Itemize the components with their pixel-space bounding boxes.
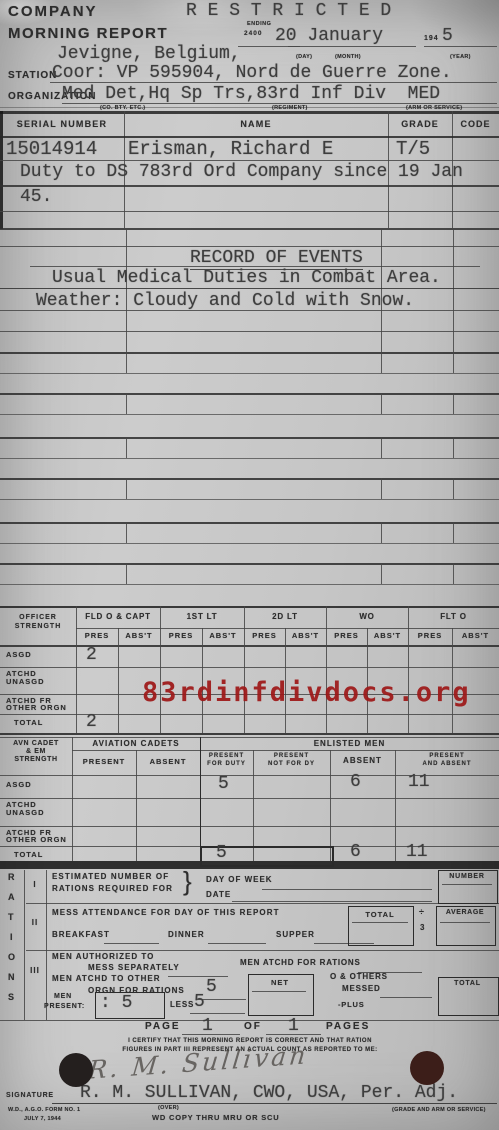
org-sublabel-regiment: (REGIMENT) xyxy=(272,105,308,111)
ending-time-label: 2400 xyxy=(244,30,262,37)
subcol-pres: PRES xyxy=(244,631,285,640)
rule-line xyxy=(453,352,454,373)
record-of-events-line2: Weather: Cloudy and Cold with Snow. xyxy=(36,291,414,311)
signature-typed-name: R. M. SULLIVAN, CWO, USA, Per. Adj. xyxy=(80,1083,458,1103)
col-header-name: NAME xyxy=(124,119,388,129)
rule-line xyxy=(104,943,159,944)
row-label-asgd: ASGD xyxy=(6,780,32,789)
rule-line xyxy=(168,976,228,977)
form-id-line2: JULY 7, 1944 xyxy=(24,1116,61,1122)
rule-line xyxy=(452,137,453,161)
breakfast-label: BREAKFAST xyxy=(52,930,110,939)
col-group-1st-lt: 1ST LT xyxy=(160,612,244,621)
rule-line xyxy=(24,870,25,1020)
rule-line xyxy=(330,750,331,861)
report-year-value: 5 xyxy=(442,26,453,46)
rule-line xyxy=(0,478,499,480)
row-label-unasgd: UNASGD xyxy=(6,677,45,686)
supper-label: SUPPER xyxy=(276,930,315,939)
morning-report-scan: COMPANY R E S T R I C T E D MORNING REPO… xyxy=(0,0,499,1130)
rule-line xyxy=(381,478,382,499)
rule-line xyxy=(0,522,499,524)
men-authorized-line2: MESS SEPARATELY xyxy=(88,963,180,972)
subcol-abst: ABS'T xyxy=(202,631,244,640)
rule-line xyxy=(0,499,499,500)
men-present-value: : 5 xyxy=(100,993,132,1013)
o-and-others-line2: MESSED xyxy=(342,984,381,993)
average-box-label: AVERAGE xyxy=(436,909,494,916)
mess-attendance-title: MESS ATTENDANCE FOR DAY OF THIS REPORT xyxy=(52,908,280,917)
col-header-serial-number: SERIAL NUMBER xyxy=(0,119,124,129)
form-id-line1: W.D., A.G.O. FORM NO. 1 xyxy=(8,1107,80,1113)
men-atchd-for-rations-label: MEN ATCHD FOR RATIONS xyxy=(240,958,361,967)
record-of-events-line1: Usual Medical Duties in Combat Area. xyxy=(52,268,441,288)
rule-line xyxy=(76,628,499,629)
report-date-value: 20 January xyxy=(275,26,383,46)
classification-stamp: R E S T R I C T E D xyxy=(186,1,391,21)
rations-rail-letter: R xyxy=(8,872,16,882)
rule-line xyxy=(0,437,499,439)
subcol-pres: PRES xyxy=(160,631,202,640)
subcol-abst: ABS'T xyxy=(118,631,160,640)
rule-line xyxy=(0,373,499,374)
subcol-abst: ABS'T xyxy=(285,631,326,640)
group-enlisted-men: ENLISTED MEN xyxy=(200,739,499,748)
rule-line xyxy=(0,352,499,354)
rule-line xyxy=(0,563,499,565)
em-asgd-present-for-duty-value: 5 xyxy=(218,774,229,794)
record-of-events-title: RECORD OF EVENTS xyxy=(190,248,363,270)
section-numeral-2: II xyxy=(24,918,46,927)
rations-rail-letter: O xyxy=(8,952,16,962)
day-sublabel: (DAY) xyxy=(296,54,312,60)
group-aviation-cadets: AVIATION CADETS xyxy=(72,739,200,748)
day-of-week-label: DAY OF WEEK xyxy=(206,875,273,884)
station-value: Coor: VP 595904, Nord de Guerre Zone. xyxy=(52,63,452,83)
entry-grade: T/5 xyxy=(396,138,430,160)
subcol-pres: PRES xyxy=(408,631,452,640)
rule-line xyxy=(126,437,127,458)
section-numeral-3: III xyxy=(24,966,46,975)
subcol-av-absent: ABSENT xyxy=(136,757,200,766)
subcol-em-pfd-line1: PRESENT xyxy=(200,753,253,759)
subcol-av-present: PRESENT xyxy=(72,757,136,766)
year-sublabel: (YEAR) xyxy=(450,54,471,60)
rule-line xyxy=(453,522,454,543)
rule-line xyxy=(388,137,389,161)
company-label: COMPANY xyxy=(8,3,98,20)
grade-arm-service-sublabel: (GRADE AND ARM OR SERVICE) xyxy=(392,1107,486,1113)
subcol-em-pnfd-line1: PRESENT xyxy=(253,753,330,759)
rule-line xyxy=(381,522,382,543)
section-numeral-1: I xyxy=(24,880,46,889)
less-value: 5 xyxy=(194,992,205,1012)
rule-line xyxy=(0,798,499,799)
rule-line xyxy=(381,352,382,373)
col-header-code: CODE xyxy=(452,119,499,129)
rule-line xyxy=(0,584,499,585)
em-strength-header-line1: AVN CADET xyxy=(0,740,72,747)
punch-hole-right xyxy=(410,1051,444,1085)
rations-rail-letter: S xyxy=(8,992,15,1002)
rule-line xyxy=(126,563,127,584)
col-group-fldo-capt: FLD O & CAPT xyxy=(76,612,160,621)
station-town-value: Jevigne, Belgium, xyxy=(57,44,241,64)
net-box-label: NET xyxy=(248,978,312,987)
subcol-em-pnfd-line2: NOT FOR DY xyxy=(253,761,330,767)
em-asgd-absent-value: 6 xyxy=(350,772,361,792)
estimated-rations-line2: RATIONS REQUIRED FOR xyxy=(52,884,173,893)
rule-line xyxy=(0,645,499,647)
rations-rail-letter: T xyxy=(8,912,15,922)
em-total-present-and-absent-value: 11 xyxy=(406,842,428,862)
em-total-absent-value: 6 xyxy=(350,842,361,862)
rule-line xyxy=(0,160,499,161)
month-sublabel: (MONTH) xyxy=(335,54,361,60)
rule-line xyxy=(126,393,127,414)
col-header-grade: GRADE xyxy=(388,119,452,129)
em-asgd-present-and-absent-value: 11 xyxy=(408,772,430,792)
rule-line xyxy=(453,563,454,584)
rule-line xyxy=(118,628,119,733)
rations-rail-letter: A xyxy=(8,892,16,902)
subcol-abst: ABS'T xyxy=(367,631,408,640)
rule-line xyxy=(76,606,77,733)
rule-line xyxy=(52,1103,497,1104)
row-label-unasgd: UNASGD xyxy=(6,808,45,817)
rule-line xyxy=(0,331,499,332)
rule-line xyxy=(453,393,454,414)
rule-line xyxy=(0,246,499,247)
rule-line xyxy=(26,903,499,904)
rule-line xyxy=(0,414,499,415)
rule-line xyxy=(0,288,499,289)
rations-rail-letter: I xyxy=(10,932,14,942)
subcol-em-pa-line1: PRESENT xyxy=(395,753,499,759)
entry-serial-number: 15014914 xyxy=(6,138,97,160)
page-label: PAGE xyxy=(145,1021,181,1032)
total-pages-number: 1 xyxy=(288,1016,299,1036)
subcol-pres: PRES xyxy=(326,631,367,640)
men-present-line2: PRESENT: xyxy=(44,1003,85,1010)
date-label: DATE xyxy=(206,890,231,899)
rule-line xyxy=(0,714,499,715)
row-label-total: TOTAL xyxy=(14,718,43,727)
em-strength-header-line3: STRENGTH xyxy=(0,756,72,763)
col-group-flt-o: FLT O xyxy=(408,612,499,621)
rule-line xyxy=(0,543,499,544)
rule-line xyxy=(381,393,382,414)
rule-line xyxy=(453,478,454,499)
rule-line xyxy=(381,563,382,584)
row-label-total: TOTAL xyxy=(14,850,43,859)
rule-line xyxy=(326,606,327,733)
subcol-pres: PRES xyxy=(76,631,118,640)
rule-line xyxy=(126,478,127,499)
station-label: STATION xyxy=(8,70,57,81)
estimated-rations-line1: ESTIMATED NUMBER OF xyxy=(52,872,169,881)
rule-line xyxy=(26,950,499,951)
rule-line xyxy=(453,437,454,458)
rule-line xyxy=(124,137,125,161)
men-present-line1: MEN xyxy=(54,993,72,1000)
rule-line xyxy=(198,999,246,1000)
subcol-abst: ABS'T xyxy=(452,631,499,640)
officer-asgd-fldo-pres-value: 2 xyxy=(86,645,97,665)
rule-line xyxy=(232,901,432,902)
page-number: 1 xyxy=(202,1016,213,1036)
officer-strength-header-line1: OFFICER xyxy=(0,614,76,621)
copy-routing-note: WD COPY THRU MRU OR SCU xyxy=(152,1113,279,1122)
rule-line xyxy=(0,826,499,827)
org-sublabel-co: (CO. BTY. ETC.) xyxy=(100,105,145,111)
site-watermark: 83rdinfdivdocs.org xyxy=(142,677,471,708)
men-atchd-other-line1: MEN ATCHD TO OTHER xyxy=(52,974,161,983)
rule-line xyxy=(0,211,499,212)
em-total-present-for-duty-value: 5 xyxy=(216,843,227,863)
divisor-value: 3 xyxy=(420,923,425,932)
number-box-label: NUMBER xyxy=(438,873,496,880)
over-sublabel: (OVER) xyxy=(158,1105,179,1111)
rule-line xyxy=(381,437,382,458)
rule-line xyxy=(160,606,161,733)
organization-value: Med Det,Hq Sp Trs,83rd Inf Div MED xyxy=(62,84,440,104)
rule-line xyxy=(380,997,432,998)
officer-total-fldo-pres-value: 2 xyxy=(86,712,97,732)
row-label-other-orgn: OTHER ORGN xyxy=(6,703,67,712)
rule-line xyxy=(72,737,73,861)
rule-line xyxy=(288,46,416,47)
certification-line1: I CERTIFY THAT THIS MORNING REPORT IS CO… xyxy=(70,1038,430,1044)
entry-remark-line1: Duty to DS 783rd Ord Company since 19 Ja… xyxy=(20,162,463,182)
rule-line xyxy=(0,606,499,608)
brace-glyph: } xyxy=(183,866,193,897)
punch-hole-left xyxy=(59,1053,93,1087)
rule-line xyxy=(0,185,499,187)
dinner-label: DINNER xyxy=(168,930,205,939)
divide-symbol: ÷ xyxy=(419,907,425,917)
rule-line xyxy=(0,111,499,114)
org-sublabel-arm: (ARM OR SERVICE) xyxy=(406,105,462,111)
rule-line xyxy=(262,889,432,890)
rule-line xyxy=(126,522,127,543)
plus-label: -PLUS xyxy=(338,1000,365,1009)
rule-line xyxy=(136,750,137,861)
subcol-em-pfd-line2: FOR DUTY xyxy=(200,761,253,767)
pages-label: PAGES xyxy=(326,1021,370,1032)
entry-remark-line2: 45. xyxy=(20,187,52,207)
atchd-other-orgn-rations-value: 5 xyxy=(206,977,217,997)
rule-line xyxy=(126,352,127,373)
report-title: MORNING REPORT xyxy=(8,25,168,42)
row-label-asgd: ASGD xyxy=(6,650,32,659)
signature-label: SIGNATURE xyxy=(6,1092,54,1099)
subcol-em-absent: ABSENT xyxy=(330,756,395,765)
of-label: OF xyxy=(244,1021,262,1032)
rule-line xyxy=(424,46,497,47)
ending-label: ENDING xyxy=(247,21,271,27)
rule-line xyxy=(0,393,499,395)
entry-name: Erisman, Richard E xyxy=(128,138,333,160)
o-and-others-line1: O & OTHERS xyxy=(330,972,388,981)
rule-line xyxy=(190,1013,245,1014)
rations-rail-letter: N xyxy=(8,972,16,982)
rule-line xyxy=(0,458,499,459)
total-box-label: TOTAL xyxy=(348,910,412,919)
less-label: LESS xyxy=(170,1000,194,1009)
rule-line xyxy=(46,870,47,1020)
subcol-em-pa-line2: AND ABSENT xyxy=(395,761,499,767)
rule-line xyxy=(208,943,266,944)
rule-line xyxy=(0,228,499,230)
officer-strength-header-line2: STRENGTH xyxy=(0,623,76,630)
col-group-wo: WO xyxy=(326,612,408,621)
rule-line xyxy=(0,667,499,668)
total-box-label-right: TOTAL xyxy=(438,980,497,987)
rule-line xyxy=(0,733,499,735)
col-group-2d-lt: 2D LT xyxy=(244,612,326,621)
rule-line xyxy=(244,606,245,733)
rule-line xyxy=(408,606,409,733)
row-label-other-orgn: OTHER ORGN xyxy=(6,835,67,844)
men-authorized-line1: MEN AUTHORIZED TO xyxy=(52,952,154,961)
year-prefix-label: 194 xyxy=(424,35,439,42)
rule-line xyxy=(453,229,454,352)
em-strength-header-line2: & EM xyxy=(0,748,72,755)
